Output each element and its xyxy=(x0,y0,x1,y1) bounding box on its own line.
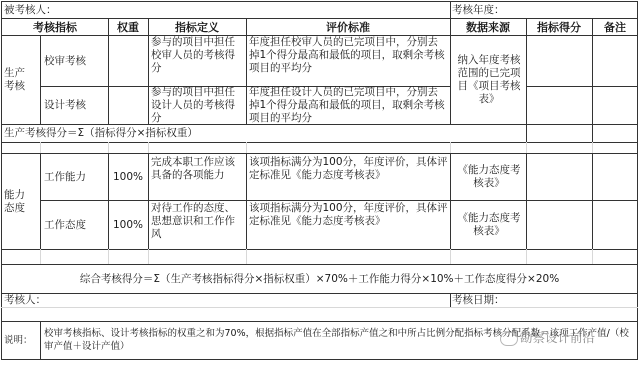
examinee-label: 被考核人： xyxy=(4,2,444,18)
grid-line xyxy=(450,249,451,264)
indicator-ability: 工作能力 xyxy=(44,154,108,200)
criteria-design: 年度担任设计人员的已完项目中，分别去掉1个得分最高和最低的项目，取剩余考核项目的… xyxy=(249,86,448,124)
score-review[interactable] xyxy=(528,36,592,86)
divider xyxy=(148,153,149,249)
divider xyxy=(40,321,41,359)
divider xyxy=(526,153,527,249)
grid-line xyxy=(148,142,149,153)
criteria-review: 年度担任校审人员的已完项目中，分别去掉1个得分最高和最低的项目，取剩余考核项目的… xyxy=(249,36,448,86)
source-attitude: 《能力态度考核表》 xyxy=(454,201,524,249)
weight-ability: 100% xyxy=(108,154,148,200)
grid-line xyxy=(526,249,527,264)
grid-line xyxy=(148,249,149,264)
watermark: 勘察设计前沿 xyxy=(500,328,595,346)
col-header-weight: 权重 xyxy=(108,19,148,35)
grid-line xyxy=(246,249,247,264)
assessor-label: 考核人： xyxy=(4,294,444,307)
divider xyxy=(526,124,527,142)
score-attitude[interactable] xyxy=(528,201,592,249)
definition-design: 参与的项目中担任设计人员的考核得分 xyxy=(151,86,244,124)
col-header-source: 数据来源 xyxy=(450,19,526,35)
divider xyxy=(40,35,41,124)
divider xyxy=(1,142,638,143)
divider xyxy=(526,18,527,124)
year-label: 考核年度： xyxy=(452,2,632,18)
grid-line xyxy=(592,249,593,264)
remark-review[interactable] xyxy=(594,36,638,86)
divider xyxy=(592,153,593,249)
score-ability[interactable] xyxy=(528,154,592,200)
category-production: 生产 考核 xyxy=(4,36,40,124)
col-header-indicator: 考核指标 xyxy=(2,19,108,35)
remark-attitude[interactable] xyxy=(594,201,638,249)
divider xyxy=(450,153,451,249)
grid-line xyxy=(108,142,109,153)
weight-design xyxy=(108,87,148,124)
date-label: 考核日期： xyxy=(452,294,632,307)
divider xyxy=(1,249,638,250)
divider xyxy=(246,18,247,124)
grid-line xyxy=(592,142,593,153)
definition-attitude: 对待工作的态度、思想意识和工作作风 xyxy=(151,202,244,248)
weight-attitude: 100% xyxy=(108,201,148,249)
divider xyxy=(450,293,451,307)
wechat-icon xyxy=(500,332,518,346)
watermark-text: 勘察设计前沿 xyxy=(520,330,595,345)
source-ability: 《能力态度考核表》 xyxy=(454,154,524,200)
remark-ability[interactable] xyxy=(594,154,638,200)
grid-line xyxy=(1,307,638,308)
divider xyxy=(1,321,638,322)
col-header-remark: 备注 xyxy=(592,19,638,35)
grid-line xyxy=(526,142,527,153)
production-formula: 生产考核得分＝Σ（指标得分×指标权重） xyxy=(4,125,524,142)
divider xyxy=(40,153,41,249)
divider xyxy=(592,124,593,142)
indicator-review: 校审考核 xyxy=(44,36,108,86)
indicator-design: 设计考核 xyxy=(44,87,108,124)
divider xyxy=(246,153,247,249)
weight-review xyxy=(108,36,148,86)
grid-line xyxy=(108,249,109,264)
source-production: 纳入年度考核范围的已完项目《项目考核表》 xyxy=(454,36,524,124)
indicator-attitude: 工作态度 xyxy=(44,201,108,249)
col-header-score: 指标得分 xyxy=(526,19,592,35)
col-header-definition: 指标定义 xyxy=(148,19,246,35)
divider xyxy=(592,18,593,124)
definition-ability: 完成本职工作应该具备的各项能力 xyxy=(151,156,244,200)
category-ability: 能力 态度 xyxy=(4,154,40,249)
criteria-ability: 该项指标满分为100分，年度评价，具体评定标准见《能力态度考核表》 xyxy=(249,156,448,200)
remark-design[interactable] xyxy=(594,87,638,124)
score-design[interactable] xyxy=(528,87,592,124)
divider xyxy=(450,1,451,18)
divider xyxy=(450,18,451,124)
criteria-attitude: 该项指标满分为100分，年度评价，具体评定标准见《能力态度考核表》 xyxy=(249,202,448,248)
total-formula: 综合考核得分＝Σ（生产考核指标得分×指标权重）×70%＋工作能力得分×10%＋工… xyxy=(1,265,638,293)
grid-line xyxy=(246,142,247,153)
grid-line xyxy=(40,249,41,264)
definition-review: 参与的项目中担任校审人员的考核得分 xyxy=(151,36,244,86)
note-label: 说明： xyxy=(4,322,40,359)
grid-line xyxy=(40,142,41,153)
divider xyxy=(148,18,149,124)
grid-line xyxy=(450,142,451,153)
col-header-criteria: 评价标准 xyxy=(246,19,450,35)
